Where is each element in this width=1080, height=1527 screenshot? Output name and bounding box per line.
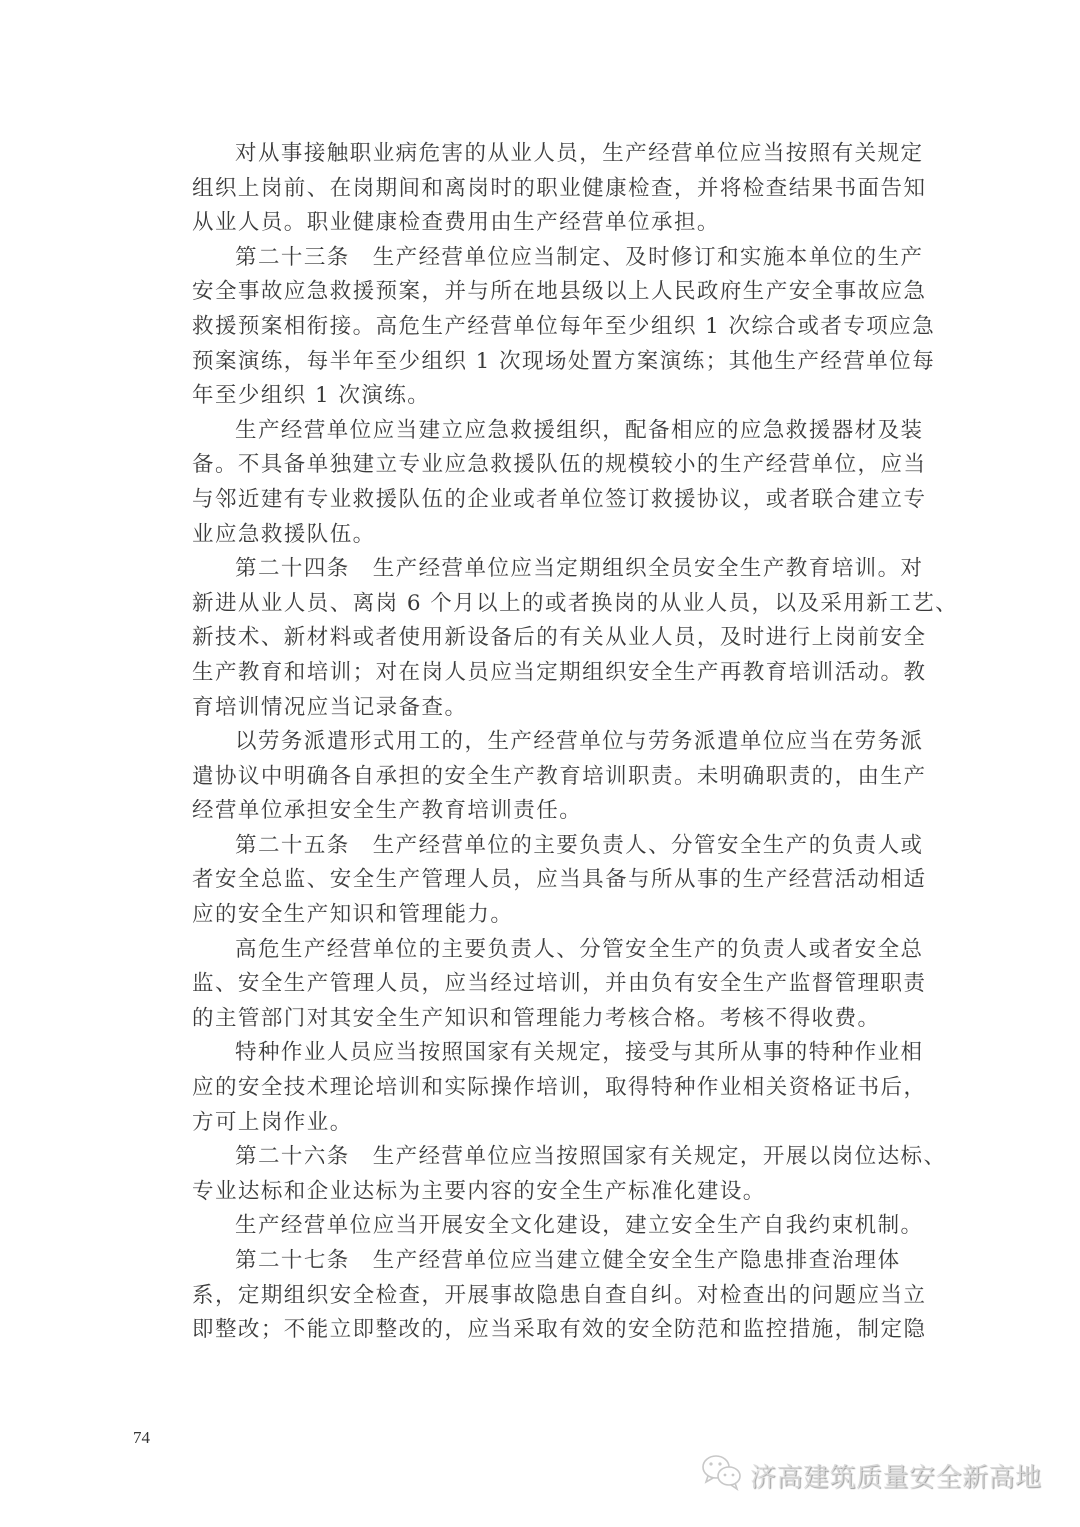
text-line: 育培训情况应当记录备查。 xyxy=(192,691,892,726)
paragraph-start-line: 第二十四条 生产经营单位应当定期组织全员安全生产教育培训。对 xyxy=(192,552,892,587)
paragraph-start-line: 第二十六条 生产经营单位应当按照国家有关规定，开展以岗位达标、 xyxy=(192,1140,892,1175)
text-line: 即整改；不能立即整改的，应当采取有效的安全防范和监控措施，制定隐 xyxy=(192,1313,892,1348)
paragraph-start-line: 第二十七条 生产经营单位应当建立健全安全生产隐患排查治理体 xyxy=(192,1244,892,1279)
text-line: 生产教育和培训；对在岗人员应当定期组织安全生产再教育培训活动。教 xyxy=(192,656,892,691)
text-line: 的主管部门对其安全生产知识和管理能力考核合格。考核不得收费。 xyxy=(192,1002,892,1037)
text-line: 经营单位承担安全生产教育培训责任。 xyxy=(192,794,892,829)
text-line: 救援预案相衔接。高危生产经营单位每年至少组织 1 次综合或者专项应急 xyxy=(192,310,892,345)
text-line: 系，定期组织安全检查，开展事故隐患自查自纠。对检查出的问题应当立 xyxy=(192,1279,892,1314)
text-line: 从业人员。职业健康检查费用由生产经营单位承担。 xyxy=(192,206,892,241)
text-line: 新进从业人员、离岗 6 个月以上的或者换岗的从业人员，以及采用新工艺、 xyxy=(192,587,892,622)
paragraph-start-line: 以劳务派遣形式用工的，生产经营单位与劳务派遣单位应当在劳务派 xyxy=(192,725,892,760)
text-line: 年至少组织 1 次演练。 xyxy=(192,379,892,414)
text-line: 与邻近建有专业救援队伍的企业或者单位签订救援协议，或者联合建立专 xyxy=(192,483,892,518)
paragraph-start-line: 生产经营单位应当建立应急救援组织，配备相应的应急救援器材及装 xyxy=(192,414,892,449)
wechat-icon xyxy=(700,1452,744,1499)
paragraph-start-line: 生产经营单位应当开展安全文化建设，建立安全生产自我约束机制。 xyxy=(192,1209,892,1244)
text-line: 者安全总监、安全生产管理人员，应当具备与所从事的生产经营活动相适 xyxy=(192,863,892,898)
paragraph-start-line: 高危生产经营单位的主要负责人、分管安全生产的负责人或者安全总 xyxy=(192,933,892,968)
text-line: 组织上岗前、在岗期间和离岗时的职业健康检查，并将检查结果书面告知 xyxy=(192,172,892,207)
text-line: 备。不具备单独建立专业应急救援队伍的规模较小的生产经营单位，应当 xyxy=(192,448,892,483)
paragraph-start-line: 对从事接触职业病危害的从业人员，生产经营单位应当按照有关规定 xyxy=(192,137,892,172)
text-line: 遣协议中明确各自承担的安全生产教育培训职责。未明确职责的，由生产 xyxy=(192,760,892,795)
page-number: 74 xyxy=(133,1428,150,1448)
text-line: 业应急救援队伍。 xyxy=(192,518,892,553)
paragraph-start-line: 第二十五条 生产经营单位的主要负责人、分管安全生产的负责人或 xyxy=(192,829,892,864)
text-line: 监、安全生产管理人员，应当经过培训，并由负有安全生产监督管理职责 xyxy=(192,967,892,1002)
document-body: 对从事接触职业病危害的从业人员，生产经营单位应当按照有关规定组织上岗前、在岗期间… xyxy=(192,137,892,1348)
text-line: 专业达标和企业达标为主要内容的安全生产标准化建设。 xyxy=(192,1175,892,1210)
paragraph-start-line: 特种作业人员应当按照国家有关规定，接受与其所从事的特种作业相 xyxy=(192,1036,892,1071)
text-line: 预案演练，每半年至少组织 1 次现场处置方案演练；其他生产经营单位每 xyxy=(192,345,892,380)
paragraph-start-line: 第二十三条 生产经营单位应当制定、及时修订和实施本单位的生产 xyxy=(192,241,892,276)
text-line: 应的安全技术理论培训和实际操作培训，取得特种作业相关资格证书后， xyxy=(192,1071,892,1106)
text-line: 新技术、新材料或者使用新设备后的有关从业人员，及时进行上岗前安全 xyxy=(192,621,892,656)
text-line: 方可上岗作业。 xyxy=(192,1106,892,1141)
watermark: 济高建筑质量安全新高地 xyxy=(700,1452,1042,1499)
text-line: 应的安全生产知识和管理能力。 xyxy=(192,898,892,933)
text-line: 安全事故应急救援预案，并与所在地县级以上人民政府生产安全事故应急 xyxy=(192,275,892,310)
watermark-text: 济高建筑质量安全新高地 xyxy=(750,1457,1042,1494)
